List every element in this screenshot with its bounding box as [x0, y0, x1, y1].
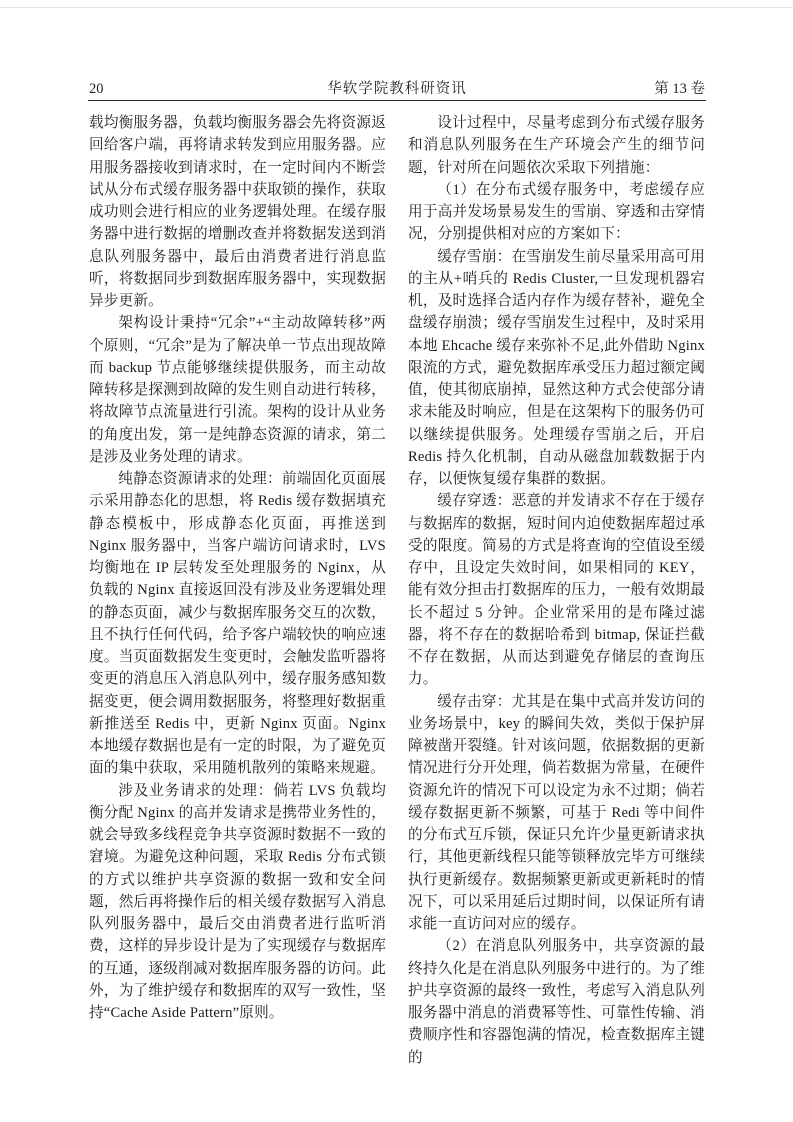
paragraph: 涉及业务请求的处理：倘若 LVS 负载均衡分配 Nginx 的高并发请求是携带业… [89, 780, 386, 1025]
paragraph: （1）在分布式缓存服务中，考虑缓存应用于高并发场景易发生的雪崩、穿透和击穿情况，… [408, 179, 705, 246]
page-header: 20 华软学院教科研资讯 第 13 卷 [89, 81, 705, 98]
paragraph: 载均衡服务器，负载均衡服务器会先将资源返回给客户端，再将请求转发到应用服务器。应… [89, 112, 386, 312]
body-text-area: 载均衡服务器，负载均衡服务器会先将资源返回给客户端，再将请求转发到应用服务器。应… [89, 112, 705, 1069]
journal-title: 华软学院教科研资讯 [89, 81, 705, 98]
paragraph: 缓存击穿：尤其是在集中式高并发访问的业务场景中，key 的瞬间失效，类似于保护屏… [408, 691, 705, 936]
header-rule-divider [88, 100, 706, 101]
journal-page: 20 华软学院教科研资讯 第 13 卷 载均衡服务器，负载均衡服务器会先将资源返… [0, 0, 793, 1122]
paragraph: 缓存雪崩：在雪崩发生前尽量采用高可用的主从+哨兵的 Redis Cluster,… [408, 246, 705, 491]
right-column: 设计过程中，尽量考虑到分布式缓存服务和消息队列服务在生产环境会产生的细节问题，针… [408, 112, 705, 1069]
paragraph: 缓存穿透：恶意的并发请求不存在于缓存与数据库的数据，短时间内迫使数据库超过承受的… [408, 490, 705, 690]
paragraph: 架构设计秉持“冗余”+“主动故障转移”两个原则，“冗余”是为了解决单一节点出现故… [89, 312, 386, 468]
page-top-edge [0, 7, 793, 8]
left-column: 载均衡服务器，负载均衡服务器会先将资源返回给客户端，再将请求转发到应用服务器。应… [89, 112, 386, 1069]
paragraph: 设计过程中，尽量考虑到分布式缓存服务和消息队列服务在生产环境会产生的细节问题，针… [408, 112, 705, 179]
paragraph: 纯静态资源请求的处理：前端固化页面展示采用静态化的思想，将 Redis 缓存数据… [89, 468, 386, 780]
paragraph: （2）在消息队列服务中，共享资源的最终持久化是在消息队列服务中进行的。为了维护共… [408, 935, 705, 1069]
